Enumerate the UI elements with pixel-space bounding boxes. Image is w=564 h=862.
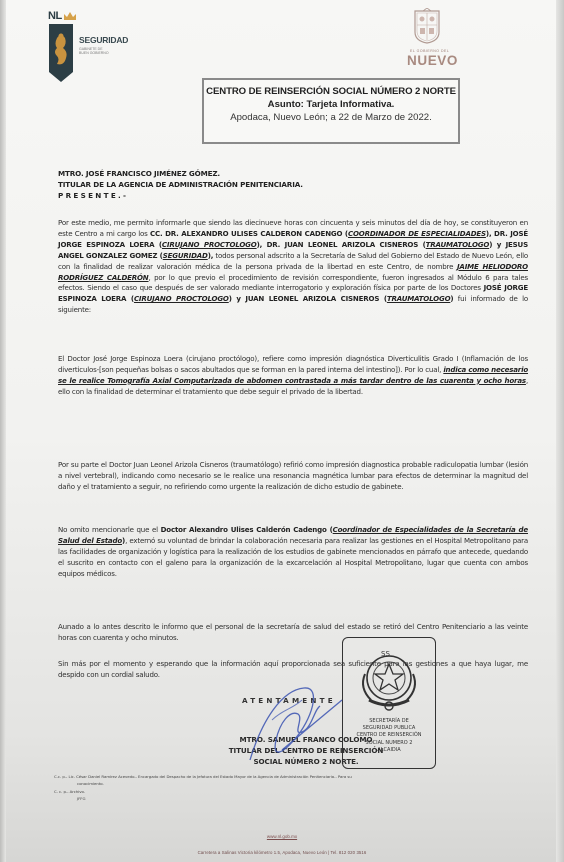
- p1-role: COORDINADOR DE ESPECIALIDADES: [348, 229, 486, 238]
- seal-icon: SS: [351, 644, 427, 720]
- document-page: NL SEGURIDAD GABINETE DE BUEN GOBIERNO: [6, 0, 557, 862]
- gobierno-nuevo-leon-logo: EL GOBIERNO DEL NUEVO: [406, 5, 466, 65]
- gabinete-label: GABINETE DE BUEN GOBIERNO: [79, 47, 109, 55]
- body-paragraph-5: Aunado a lo antes descrito le informo qu…: [58, 622, 528, 644]
- recipient-title: TITULAR DE LA AGENCIA DE ADMINISTRACIÓN …: [58, 180, 303, 191]
- recipient-greeting: PRESENTE.-: [58, 191, 303, 202]
- p1-role: SEGURIDAD: [163, 251, 208, 260]
- stamp-line: SECRETARÍA DE: [343, 718, 435, 725]
- cc-line-1: C.c. p.- Lic. César Daniel Ramírez Aceve…: [54, 773, 352, 780]
- p1-bold: CC. DR. ALEXANDRO ULISES CALDERON CADENG…: [150, 229, 348, 238]
- lion-shield-icon: [49, 24, 73, 82]
- p1-role: CIRUJANO PROCTOLOGO: [162, 240, 257, 249]
- p4-bold: Doctor Alexandro Ulises Calderón Cadengo…: [161, 525, 333, 534]
- handwritten-signature-icon: [242, 680, 352, 770]
- cc-line-1b: conocimiento.: [54, 780, 352, 787]
- svg-text:SS: SS: [381, 650, 390, 658]
- p4-text: , externó su voluntad de brindar la cola…: [58, 536, 528, 578]
- carbon-copy-block: C.c. p.- Lic. César Daniel Ramírez Aceve…: [54, 773, 352, 802]
- footer-address: Carretera a Salinas Victoria kilómetro 1…: [0, 850, 564, 855]
- cc-line-2: C. c. p.- Archivo.: [54, 788, 352, 795]
- place-date: Apodaca, Nuevo León; a 22 de Marzo de 20…: [204, 112, 458, 123]
- body-paragraph-2: El Doctor José Jorge Espinoza Loera (cir…: [58, 354, 528, 398]
- gabinete-line-2: BUEN GOBIERNO: [79, 51, 109, 55]
- seguridad-label: SEGURIDAD: [79, 35, 128, 45]
- document-header-box: CENTRO DE REINSERCIÓN SOCIAL NÚMERO 2 NO…: [202, 78, 460, 144]
- nl-prefix: NL: [48, 10, 62, 22]
- page-shadow-right: [556, 0, 564, 862]
- p4-text: No omito mencionarle que el: [58, 525, 161, 534]
- recipient-block: MTRO. JOSÉ FRANCISCO JIMÉNEZ GÓMEZ. TITU…: [58, 169, 303, 201]
- state-crest-icon: [413, 8, 441, 44]
- body-paragraph-1: Por este medio, me permito informarle qu…: [58, 218, 528, 316]
- cc-initials: JFFG: [54, 795, 352, 802]
- body-paragraph-6: Sin más por el momento y esperando que l…: [58, 659, 528, 681]
- body-paragraph-3: Por su parte el Doctor Juan Leonel Arizo…: [58, 460, 528, 493]
- p1-bold: ), DR. JUAN LEONEL ARIZOLA CISNEROS (: [257, 240, 426, 249]
- subject-line: Asunto: Tarjeta Informativa.: [204, 99, 458, 110]
- seguridad-logo: NL SEGURIDAD GABINETE DE BUEN GOBIERNO: [48, 10, 148, 76]
- footer-website-link[interactable]: www.nl.gob.mx: [0, 834, 564, 839]
- crown-icon: [64, 12, 76, 20]
- nuevo-label: NUEVO: [407, 53, 458, 68]
- p1-role: CIRUJANO PROCTOLOGO: [134, 294, 229, 303]
- recipient-name: MTRO. JOSÉ FRANCISCO JIMÉNEZ GÓMEZ.: [58, 169, 303, 180]
- p1-bold: ) y JUAN LEONEL ARIZOLA CISNEROS (: [229, 294, 387, 303]
- body-paragraph-4: No omito mencionarle que el Doctor Alexa…: [58, 525, 528, 580]
- p1-role: TRAUMATOLOGO: [426, 240, 490, 249]
- p1-role: TRAUMATOLOGO: [387, 294, 451, 303]
- institution-title: CENTRO DE REINSERCIÓN SOCIAL NÚMERO 2 NO…: [204, 86, 458, 97]
